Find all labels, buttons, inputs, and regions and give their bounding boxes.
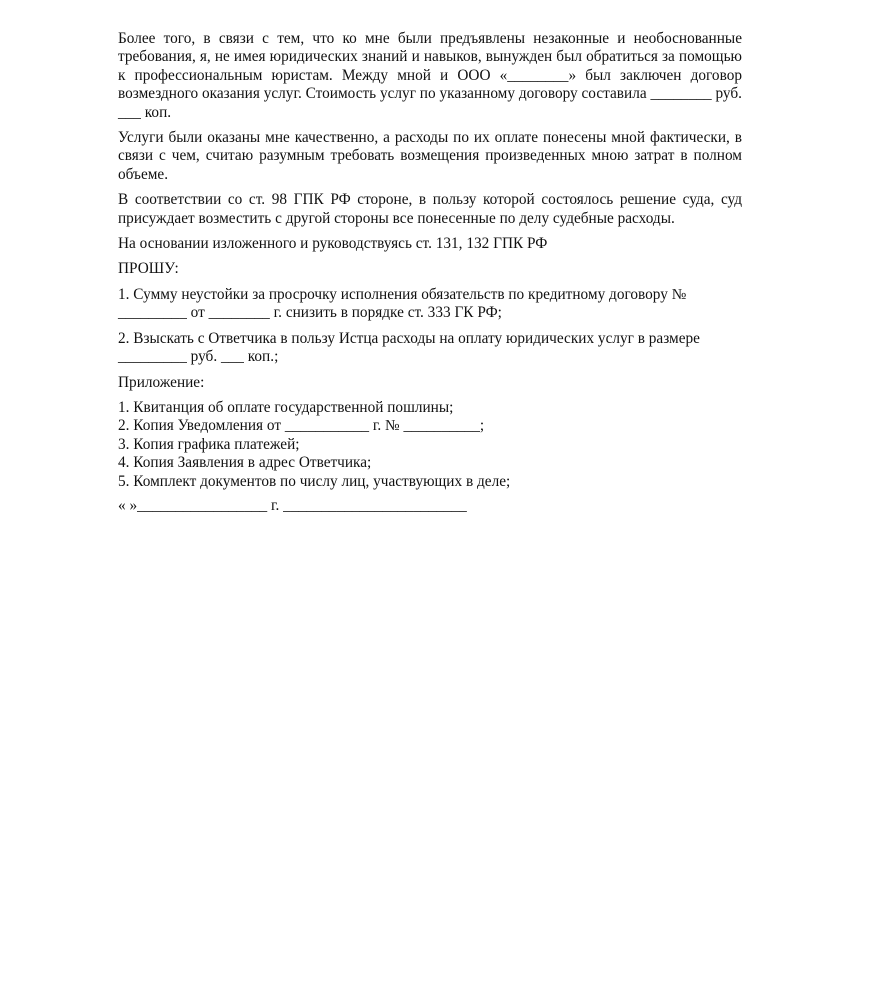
paragraph-legal-services: Более того, в связи с тем, что ко мне бы… [118,30,742,122]
attachments-heading: Приложение: [118,374,742,392]
attachments-list: 1. Квитанция об оплате государственной п… [118,399,742,491]
attachment-item: 1. Квитанция об оплате государственной п… [118,399,742,417]
request-heading: ПРОШУ: [118,260,742,278]
document-page: Более того, в связи с тем, что ко мне бы… [118,30,742,522]
attachment-item: 5. Комплект документов по числу лиц, уча… [118,473,742,491]
request-item-2: 2. Взыскать с Ответчика в пользу Истца р… [118,330,742,367]
request-item-1: 1. Сумму неустойки за просрочку исполнен… [118,286,742,323]
signature-date-line: « »_________________ г. ________________… [118,497,742,515]
paragraph-services-rendered: Услуги были оказаны мне качественно, а р… [118,129,742,184]
attachment-item: 3. Копия графика платежей; [118,436,742,454]
paragraph-basis: На основании изложенного и руководствуяс… [118,235,742,253]
paragraph-article-98: В соответствии со ст. 98 ГПК РФ стороне,… [118,191,742,228]
attachment-item: 2. Копия Уведомления от ___________ г. №… [118,417,742,435]
attachment-item: 4. Копия Заявления в адрес Ответчика; [118,454,742,472]
